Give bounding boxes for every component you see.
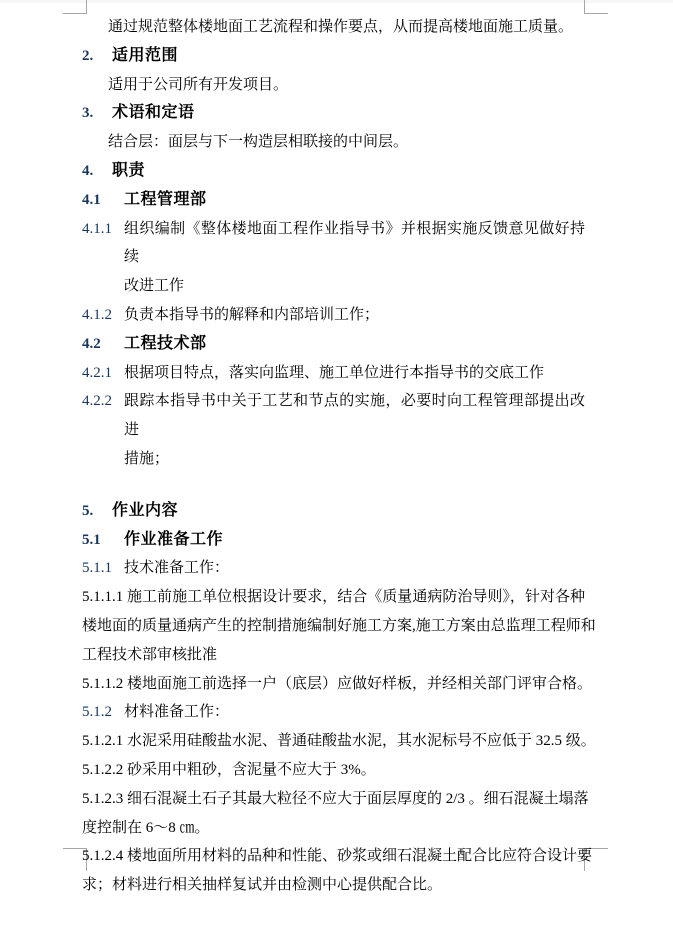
clause-number: 4. — [82, 157, 112, 186]
numbered-clause: 4.2.1根据项目特点，落实向监理、施工单位进行本指导书的交底工作 — [82, 359, 585, 388]
clause-text: 组织编制《整体楼地面工程作业指导书》并根据实施反馈意见做好持续 — [124, 215, 585, 273]
document-page: 通过规范整体楼地面工艺流程和操作要点，从而提高楼地面施工质量。2.适用范围适用于… — [0, 0, 673, 933]
section-heading: 3.术语和定语 — [82, 99, 585, 128]
paragraph-line: 5.1.1.1 施工前施工单位根据设计要求，结合《质量通病防治导则》，针对各种 — [82, 583, 585, 612]
clause-number: 5. — [82, 497, 112, 526]
paragraph-line: 度控制在 6～8 ㎝。 — [82, 814, 585, 843]
clause-number: 5.1.1 — [82, 554, 124, 583]
paragraph-line: 适用于公司所有开发项目。 — [82, 71, 585, 100]
clause-number: 3. — [82, 99, 112, 128]
paragraph-line: 5.1.2.2 砂采用中粗砂，含泥量不应大于 3%。 — [82, 756, 585, 785]
paragraph-line: 通过规范整体楼地面工艺流程和操作要点，从而提高楼地面施工质量。 — [82, 13, 585, 42]
heading-text: 适用范围 — [112, 42, 178, 71]
clause-text: 材料准备工作： — [124, 698, 585, 727]
paragraph-line: 楼地面的质量通病产生的控制措施编制好施工方案,施工方案由总监理工程师和 — [82, 612, 585, 641]
clause-number: 4.1.2 — [82, 301, 124, 330]
crop-mark-top-right — [584, 0, 608, 14]
numbered-clause: 5.1.1技术准备工作： — [82, 554, 585, 583]
section-heading: 5.1作业准备工作 — [82, 526, 585, 555]
heading-text: 作业准备工作 — [124, 526, 223, 555]
paragraph-line: 求；材料进行相关抽样复试并由检测中心提供配合比。 — [82, 871, 585, 900]
paragraph-line: 5.1.1.2 楼地面施工前选择一户（底层）应做好样板，并经相关部门评审合格。 — [82, 670, 585, 699]
section-heading: 4.2工程技术部 — [82, 330, 585, 359]
clause-text: 根据项目特点，落实向监理、施工单位进行本指导书的交底工作 — [124, 359, 585, 388]
section-heading: 2.适用范围 — [82, 42, 585, 71]
clause-number: 5.1 — [82, 526, 124, 555]
section-heading: 4.1工程管理部 — [82, 186, 585, 215]
heading-text: 术语和定语 — [112, 99, 195, 128]
heading-text: 工程技术部 — [124, 330, 207, 359]
crop-mark-top-left — [63, 0, 87, 14]
numbered-clause: 4.1.1组织编制《整体楼地面工程作业指导书》并根据实施反馈意见做好持续 — [82, 215, 585, 273]
heading-text: 工程管理部 — [124, 186, 207, 215]
clause-text: 负责本指导书的解释和内部培训工作； — [124, 301, 585, 330]
numbered-clause: 5.1.2材料准备工作： — [82, 698, 585, 727]
paragraph-continuation-line: 改进工作 — [82, 272, 585, 301]
paragraph-line: 5.1.2.1 水泥采用硅酸盐水泥、普通硅酸盐水泥，其水泥标号不应低于 32.5… — [82, 727, 585, 756]
clause-number: 4.2.2 — [82, 387, 124, 445]
blank-line — [82, 474, 585, 497]
paragraph-line: 5.1.2.3 细石混凝土石子其最大粒径不应大于面层厚度的 2/3 。细石混凝土… — [82, 785, 585, 814]
paragraph-line: 工程技术部审核批准 — [82, 641, 585, 670]
paragraph-line: 5.1.2.4 楼地面所用材料的品种和性能、砂浆或细石混凝土配合比应符合设计要 — [82, 842, 585, 871]
clause-number: 4.1 — [82, 186, 124, 215]
numbered-clause: 4.2.2跟踪本指导书中关于工艺和节点的实施，必要时向工程管理部提出改进 — [82, 387, 585, 445]
clause-text: 技术准备工作： — [124, 554, 585, 583]
heading-text: 职责 — [112, 157, 145, 186]
section-heading: 5.作业内容 — [82, 497, 585, 526]
paragraph-line: 结合层：面层与下一构造层相联接的中间层。 — [82, 128, 585, 157]
section-heading: 4.职责 — [82, 157, 585, 186]
heading-text: 作业内容 — [112, 497, 178, 526]
paragraph-continuation-line: 措施； — [82, 445, 585, 474]
numbered-clause: 4.1.2负责本指导书的解释和内部培训工作； — [82, 301, 585, 330]
document-content: 通过规范整体楼地面工艺流程和操作要点，从而提高楼地面施工质量。2.适用范围适用于… — [82, 13, 585, 900]
clause-number: 5.1.2 — [82, 698, 124, 727]
clause-number: 4.2 — [82, 330, 124, 359]
clause-number: 4.2.1 — [82, 359, 124, 388]
clause-text: 跟踪本指导书中关于工艺和节点的实施，必要时向工程管理部提出改进 — [124, 387, 585, 445]
page-top-edge — [0, 0, 673, 3]
clause-number: 4.1.1 — [82, 215, 124, 273]
clause-number: 2. — [82, 42, 112, 71]
